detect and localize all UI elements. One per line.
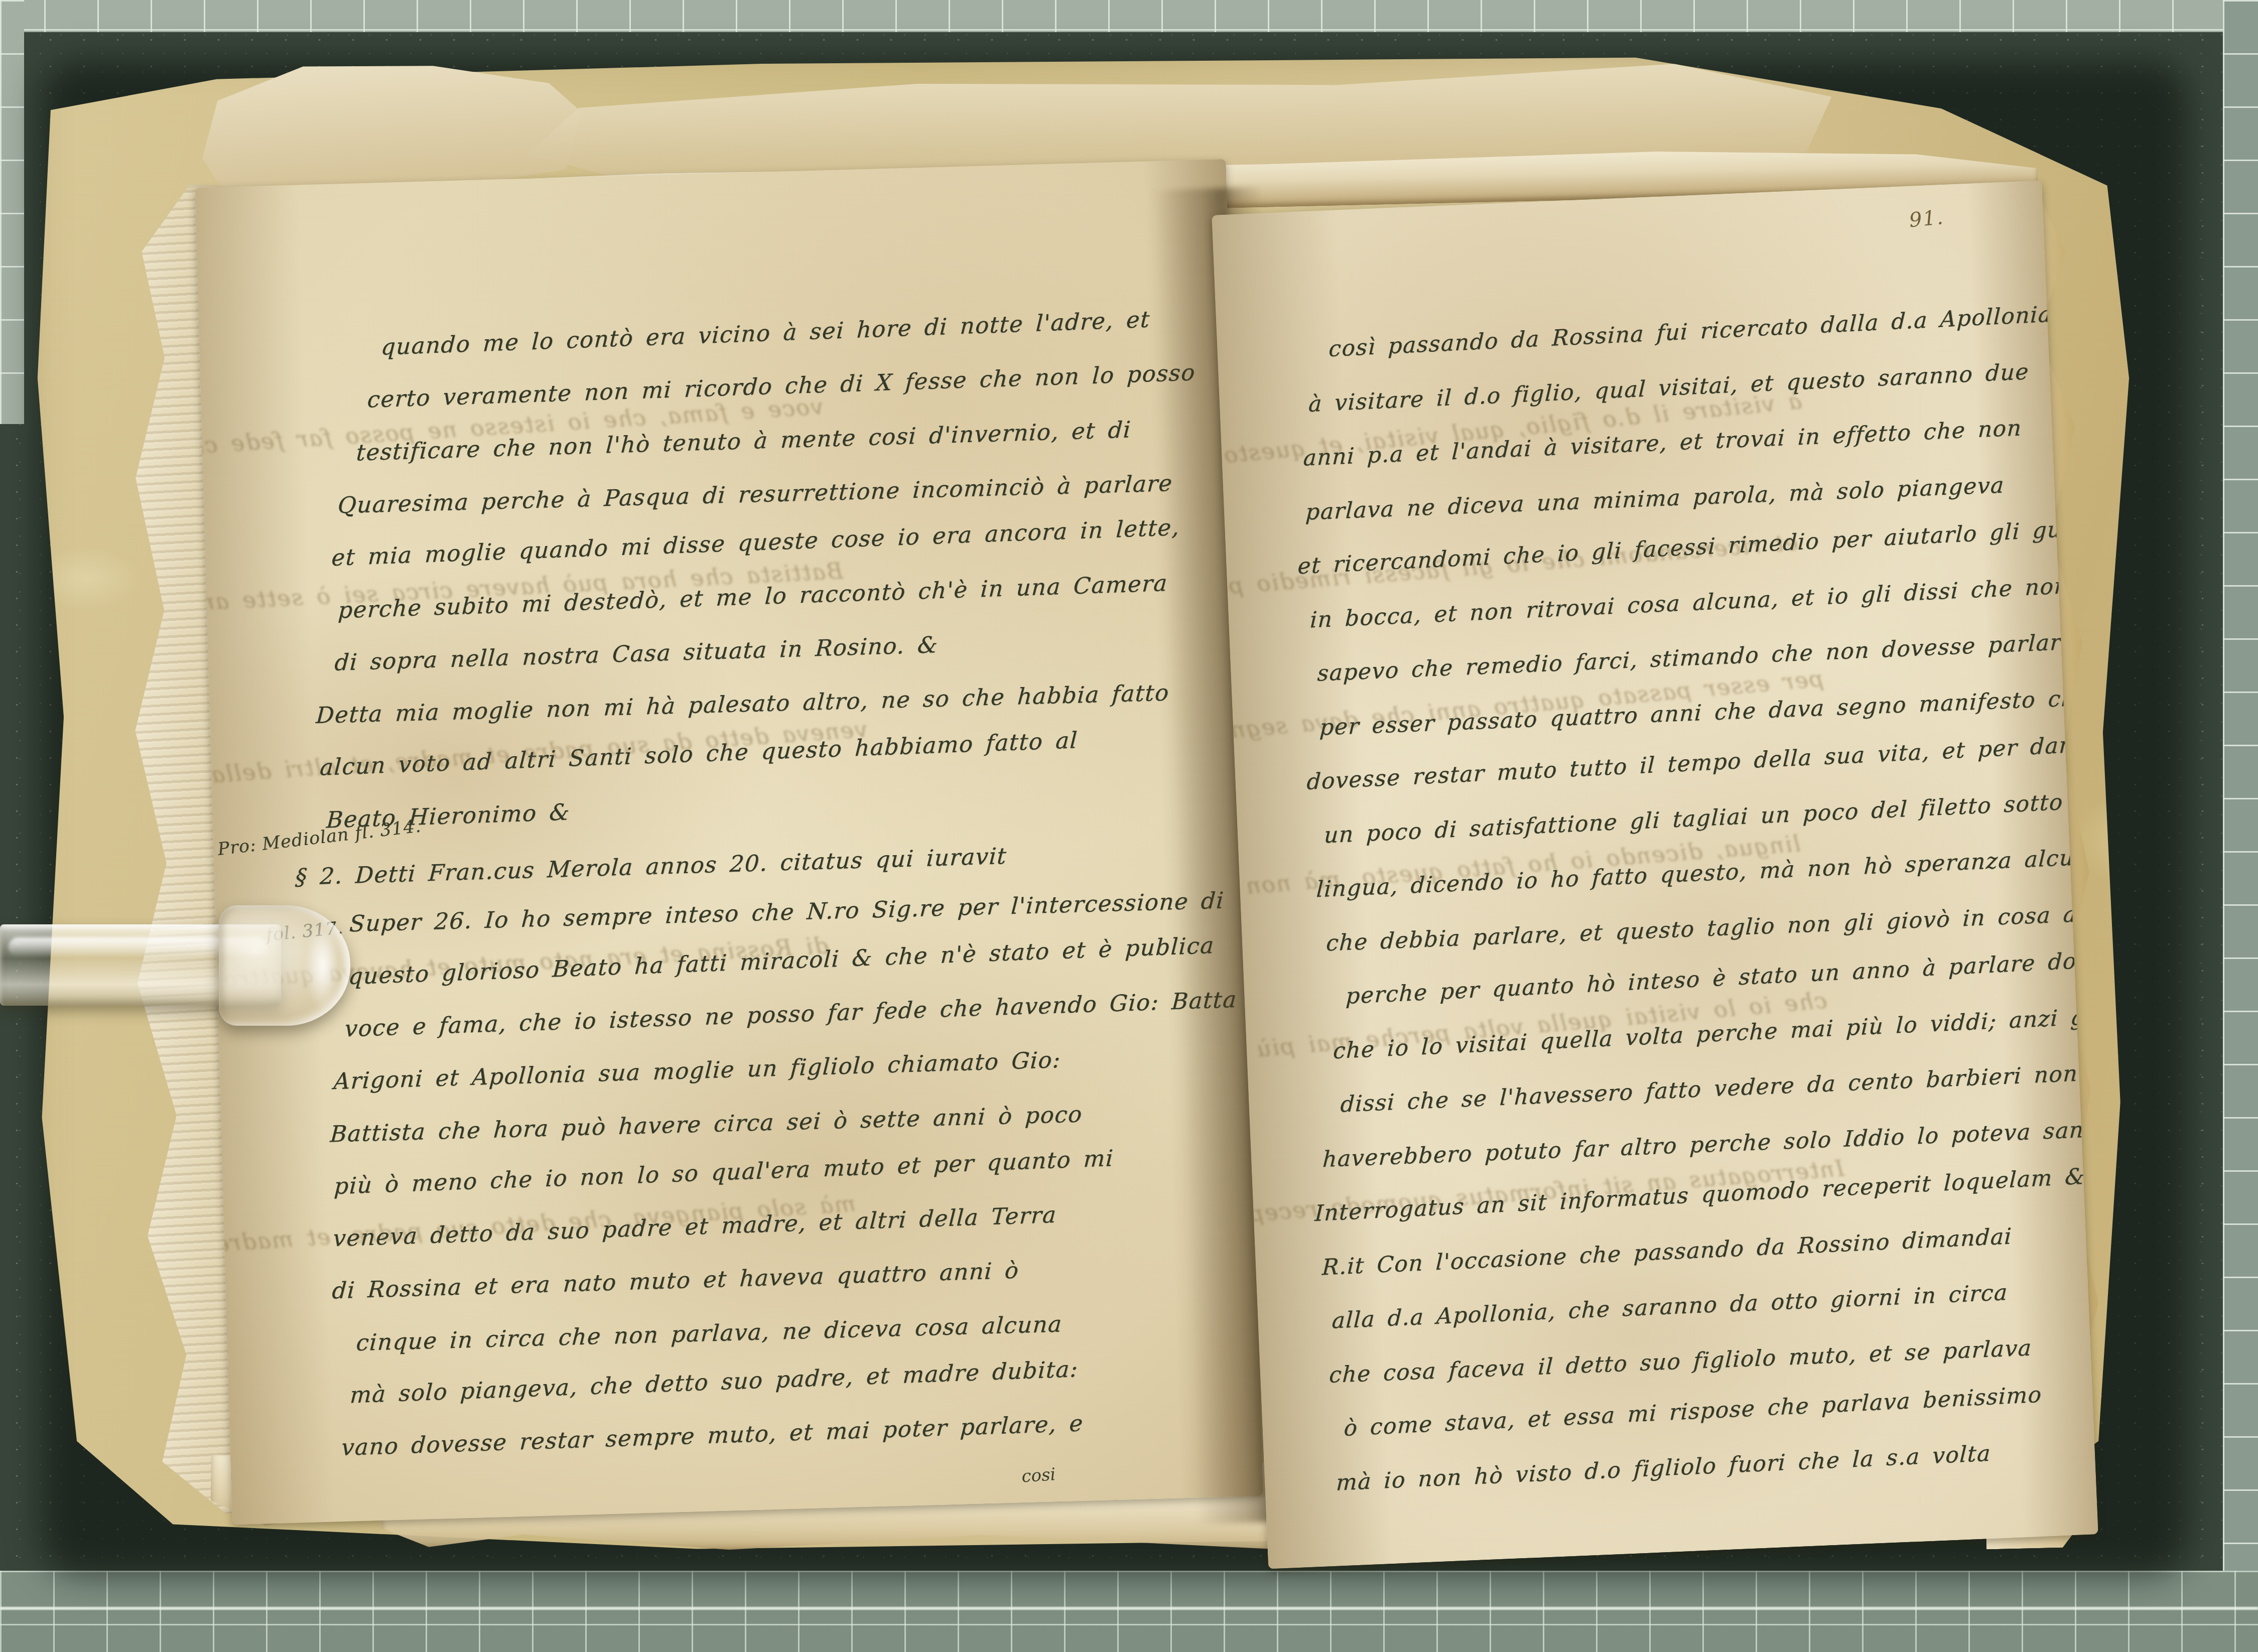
manuscript-line: mà solo piangeva, che detto suo padre, e…: [349, 1357, 1079, 1407]
manuscript-line: dissi che se l'havessero fatto vedere da…: [1340, 1061, 2098, 1116]
manuscript-line: et mia moglie quando mi disse queste cos…: [331, 516, 1180, 569]
manuscript-line: che debbia parlare, et questo taglio non…: [1325, 901, 2098, 954]
manuscript-line: vano dovesse restar sempre muto, et mai …: [341, 1412, 1084, 1459]
manuscript-line: cinque in circa che non parlava, ne dice…: [355, 1312, 1063, 1354]
catchword: cosi: [1021, 1464, 1056, 1486]
manuscript-line: voce e fama, che io istesso ne posso far…: [344, 988, 1238, 1040]
manuscript-line: che cosa faceva il detto suo figliolo mu…: [1329, 1337, 2032, 1387]
manuscript-line: § 2. Detti Fran.cus Merola annos 20. cit…: [295, 845, 1007, 888]
manuscript-line: Beato Hieronimo &: [326, 800, 571, 831]
manuscript-line: più ò meno che io non lo so qual'era mut…: [333, 1147, 1114, 1197]
folio-number: 91.: [1908, 206, 1945, 232]
manuscript-line: et ricercandomi che io gli facessi rimed…: [1297, 516, 2098, 578]
right-page: à visitare il d.o figlio, qual visitai, …: [1212, 181, 2098, 1569]
manuscript-line: parlava ne diceva una minima parola, mà …: [1305, 474, 2005, 523]
glass-weight-head: [219, 905, 350, 1026]
manuscript-line: Super 26. Io ho sempre inteso che N.ro S…: [349, 889, 1225, 935]
glass-weight: [0, 898, 361, 1034]
photograph-of-manuscript: voce e fama, che io istesso ne posso far…: [0, 0, 2258, 1652]
calibration-grid-left: [0, 0, 24, 424]
left-page: voce e fama, che io istesso ne posso far…: [195, 159, 1263, 1525]
manuscript-line: haverebbero potuto far altro perche solo…: [1322, 1118, 2098, 1171]
manuscript-line: Quaresima perche à Pasqua di resurrettio…: [337, 472, 1173, 517]
calibration-grid-bottom: [0, 1571, 2258, 1652]
manuscript-line: così passando da Rossina fui ricercato d…: [1329, 304, 2053, 361]
calibration-grid-right: [2223, 0, 2258, 1652]
manuscript-line: Detta mia moglie non mi hà palesato altr…: [315, 681, 1170, 727]
manuscript-line: alla d.a Apollonia, che saranno da otto …: [1332, 1282, 2009, 1332]
manuscript-line: di sopra nella nostra Casa situata in Ro…: [334, 633, 939, 674]
manuscript-line: di Rossina et era nato muto et haveva qu…: [331, 1259, 1020, 1302]
manuscript-line: mà io non hò visto d.o figliolo fuori ch…: [1336, 1442, 1991, 1494]
manuscript-line: Battista che hora può havere circa sei ò…: [330, 1103, 1083, 1145]
manuscript-line: ò come stava, et essa mi rispose che par…: [1344, 1384, 2043, 1440]
calibration-grid-top: [0, 0, 2258, 32]
manuscript-line: Arigoni et Apollonia sua moglie un figli…: [333, 1048, 1061, 1092]
manuscript-line: quando me lo contò era vicino à sei hore…: [380, 308, 1151, 359]
manuscript-line: dovesse restar muto tutto il tempo della…: [1306, 733, 2098, 793]
manuscript-line: R.it Con l'occasione che passando da Ros…: [1321, 1225, 2013, 1279]
